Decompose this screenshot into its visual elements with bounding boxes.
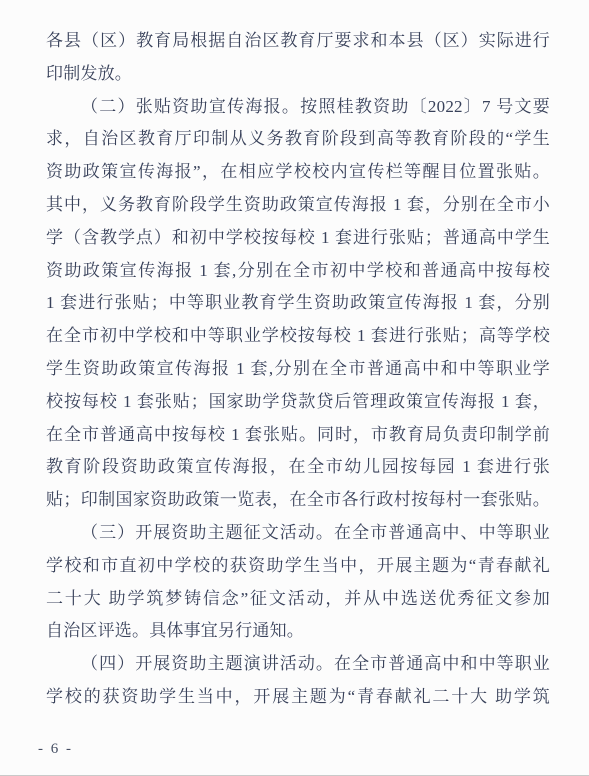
text-line: 资助政策宣传海报 1 套,分别在全市初中学校和普通高中按每校: [46, 255, 550, 288]
scanned-document-page: 各县（区）教育局根据自治区教育厅要求和本县（区）实际进行印制发放。（二）张贴资助…: [0, 0, 589, 776]
document-body: 各县（区）教育局根据自治区教育厅要求和本县（区）实际进行印制发放。（二）张贴资助…: [46, 25, 550, 714]
text-line: 学（含教学点）和初中学校按每校 1 套进行张贴；普通高中学生: [46, 222, 550, 255]
text-line: 其中，义务教育阶段学生资助政策宣传海报 1 套，分别在全市小: [46, 189, 550, 222]
text-line: 在全市普通高中按每校 1 套张贴。同时，市教育局负责印制学前: [46, 419, 550, 452]
text-line: （四）开展资助主题演讲活动。在全市普通高中和中等职业: [46, 648, 550, 681]
text-line: 学校的获资助学生当中，开展主题为“青春献礼二十大 助学筑: [46, 681, 550, 714]
text-line: 学生资助政策宣传海报 1 套,分别在全市普通高中和中等职业学: [46, 353, 550, 386]
text-line: 校按每校 1 套张贴；国家助学贷款贷后管理政策宣传海报 1 套，: [46, 386, 550, 419]
text-line: 求，自治区教育厅印制从义务教育阶段到高等教育阶段的“学生: [46, 123, 550, 156]
text-line: 二十大 助学筑梦铸信念”征文活动，并从中选送优秀征文参加: [46, 583, 550, 616]
text-line: 教育阶段资助政策宣传海报，在全市幼儿园按每园 1 套进行张: [46, 451, 550, 484]
text-line: 资助政策宣传海报”，在相应学校校内宣传栏等醒目位置张贴。: [46, 156, 550, 189]
page-number: - 6 -: [38, 741, 73, 758]
text-line: 在全市初中学校和中等职业学校按每校 1 套进行张贴；高等学校: [46, 320, 550, 353]
text-line: 1 套进行张贴；中等职业教育学生资助政策宣传海报 1 套，分别: [46, 287, 550, 320]
text-line: 学校和市直初中学校的获资助学生当中，开展主题为“青春献礼: [46, 550, 550, 583]
text-line: 各县（区）教育局根据自治区教育厅要求和本县（区）实际进行: [46, 25, 550, 58]
text-line: （二）张贴资助宣传海报。按照桂教资助〔2022〕7 号文要: [46, 91, 550, 124]
text-line: 自治区评选。具体事宜另行通知。: [46, 615, 550, 648]
text-line: 印制发放。: [46, 58, 550, 91]
text-line: （三）开展资助主题征文活动。在全市普通高中、中等职业: [46, 517, 550, 550]
text-line: 贴；印制国家资助政策一览表，在全市各行政村按每村一套张贴。: [46, 484, 550, 517]
